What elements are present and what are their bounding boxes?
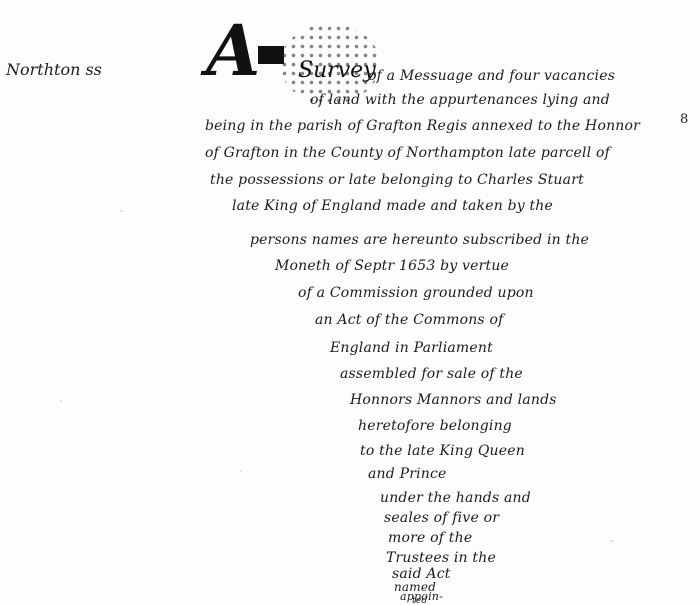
text-line: and Prince xyxy=(368,466,447,482)
text-line: of land with the appurtenances lying and xyxy=(310,92,610,108)
text-line: more of the xyxy=(388,530,472,546)
text-line: an Act of the Commons of xyxy=(315,312,503,328)
title-word: Survey xyxy=(298,58,376,83)
text-line: late King of England made and taken by t… xyxy=(232,198,553,214)
text-line: of a Messuage and four vacancies xyxy=(368,68,615,84)
text-line: Honnors Mannors and lands xyxy=(350,392,557,408)
text-line: ted xyxy=(412,596,427,605)
text-line: England in Parliament xyxy=(330,340,493,356)
text-line: being in the parish of Grafton Regis ann… xyxy=(205,118,640,134)
paper-speck xyxy=(120,210,123,212)
text-line: of a Commission grounded upon xyxy=(298,285,534,301)
folio-number: 8 xyxy=(680,112,688,127)
text-line: to the late King Queen xyxy=(360,443,525,459)
manuscript-page: Northton ss A Survey 8 of a Messuage and… xyxy=(0,0,700,605)
text-line: the possessions or late belonging to Cha… xyxy=(210,172,584,188)
text-line: heretofore belonging xyxy=(358,418,512,434)
initial-letter: A xyxy=(206,16,260,86)
text-line: persons names are hereunto subscribed in… xyxy=(250,232,589,248)
text-line: under the hands and xyxy=(380,490,531,506)
text-line: Trustees in the xyxy=(386,550,496,566)
text-line: of Grafton in the County of Northampton … xyxy=(205,145,610,161)
paper-speck xyxy=(240,470,242,472)
text-line: assembled for sale of the xyxy=(340,366,523,382)
paper-speck xyxy=(60,400,62,402)
text-line: Moneth of Septr 1653 by vertue xyxy=(275,258,509,274)
text-line: seales of five or xyxy=(384,510,499,526)
paper-speck xyxy=(610,540,613,542)
decorated-initial: A xyxy=(190,6,340,106)
margin-note-county: Northton ss xyxy=(6,60,102,79)
